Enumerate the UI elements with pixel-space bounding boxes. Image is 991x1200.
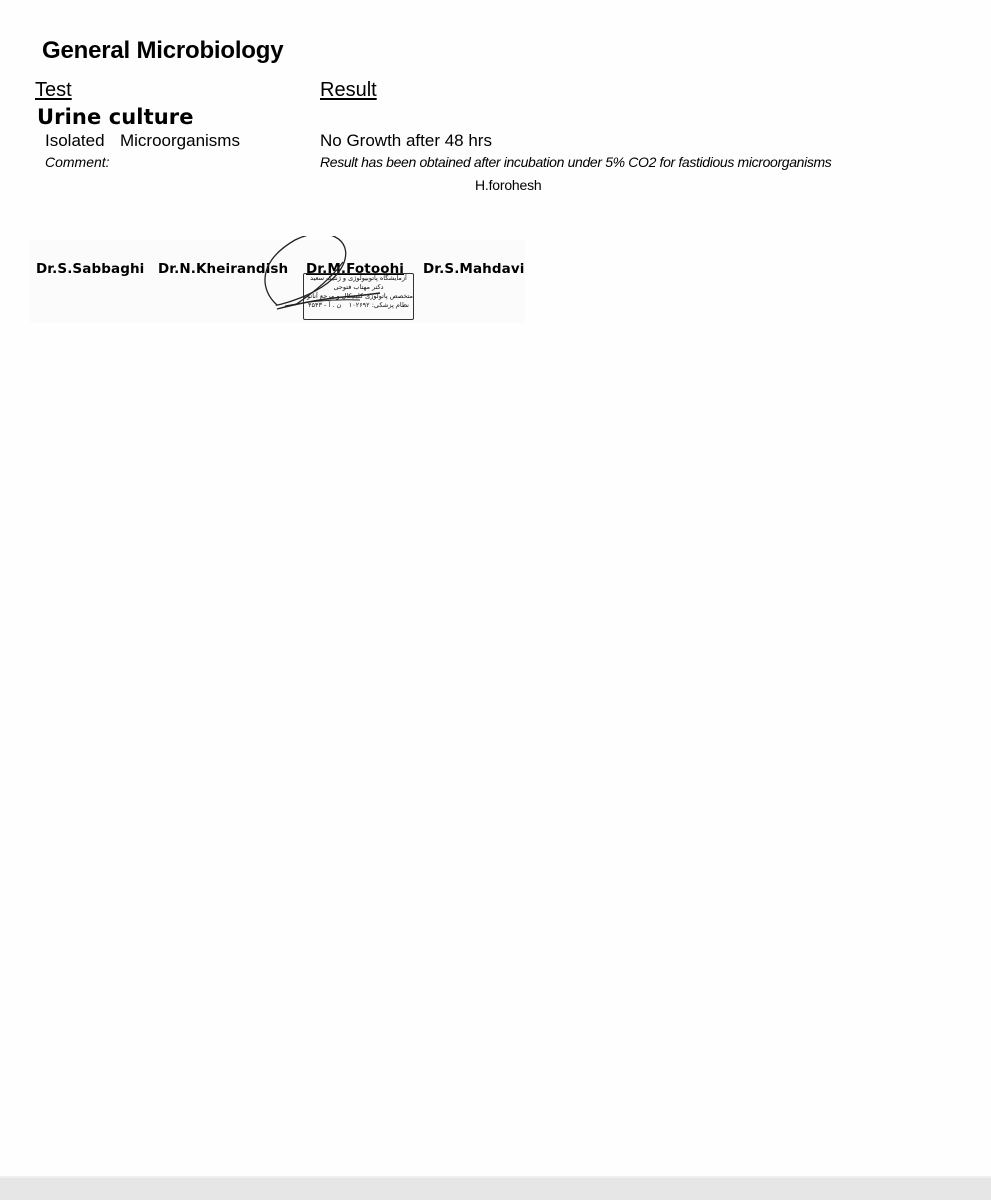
- parameter-result: No Growth after 48 hrs: [320, 131, 492, 151]
- doctor-name: Dr.S.Mahdavi: [423, 261, 524, 277]
- stamp-line: دکتر مهتاب فتوحی: [304, 283, 413, 292]
- lab-stamp: آزمایشگاه پاتوبیولوژی و ژنتیک سعید دکتر …: [303, 273, 414, 320]
- column-header-test: Test: [35, 79, 72, 102]
- signature-block: [30, 240, 525, 323]
- stamp-line: آزمایشگاه پاتوبیولوژی و ژنتیک سعید: [304, 274, 413, 283]
- test-name: Urine culture: [37, 105, 194, 129]
- operator-name: H.forohesh: [475, 177, 541, 193]
- stamp-license: نظام پزشکی: ۱۰۲۶۹۲: [349, 301, 409, 310]
- doctor-name: Dr.S.Sabbaghi: [36, 261, 144, 277]
- stamp-line: متخصص پاتولوژی کلینیکال و مرجع آناتومیکا…: [304, 292, 413, 301]
- comment-label: Comment:: [45, 154, 110, 170]
- viewer-bottom-bar: [0, 1176, 991, 1200]
- column-header-result: Result: [320, 79, 377, 102]
- comment-text: Result has been obtained after incubatio…: [320, 154, 831, 170]
- parameter-name: Isolated Microorganisms: [45, 131, 240, 151]
- report-page: General Microbiology Test Result Urine c…: [0, 0, 991, 1176]
- doctor-name: Dr.N.Kheirandish: [158, 261, 288, 277]
- section-title: General Microbiology: [42, 37, 283, 65]
- stamp-code: ن . آ - ۴۵۴۳: [308, 301, 341, 310]
